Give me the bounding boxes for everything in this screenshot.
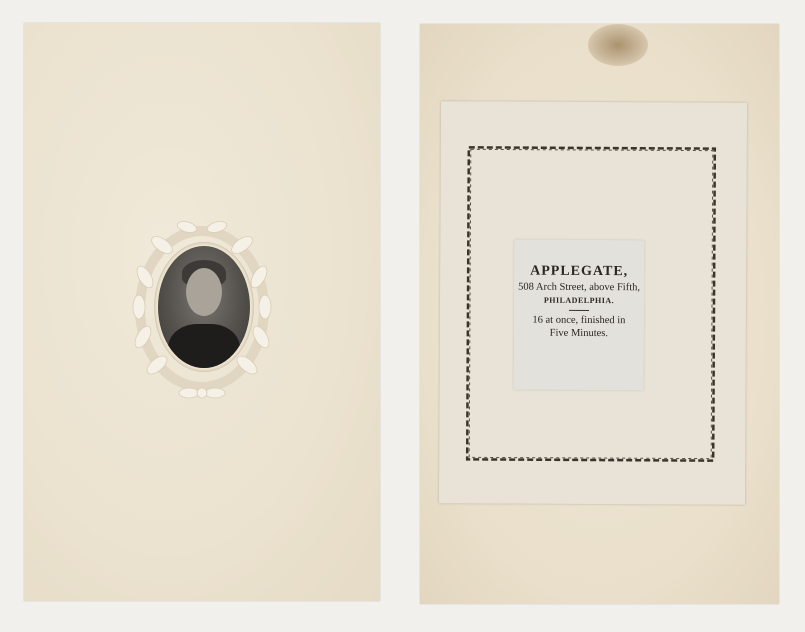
tintype-portrait bbox=[158, 246, 250, 368]
tagline-line1: 16 at once, finished in bbox=[514, 315, 644, 327]
studio-name: APPLEGATE, bbox=[514, 264, 644, 281]
pasted-paper: APPLEGATE, 508 Arch Street, above Fifth,… bbox=[439, 101, 747, 505]
portrait-face bbox=[186, 268, 222, 316]
stain bbox=[588, 24, 648, 66]
studio-address: 508 Arch Street, above Fifth, bbox=[514, 282, 644, 294]
card-back: APPLEGATE, 508 Arch Street, above Fifth,… bbox=[420, 24, 779, 604]
card-front bbox=[24, 23, 380, 601]
studio-city: PHILADELPHIA. bbox=[514, 296, 644, 306]
photographer-imprint: APPLEGATE, 508 Arch Street, above Fifth,… bbox=[514, 240, 645, 391]
divider bbox=[569, 310, 589, 311]
portrait-dress bbox=[168, 324, 240, 368]
tagline-line2: Five Minutes. bbox=[514, 328, 644, 340]
